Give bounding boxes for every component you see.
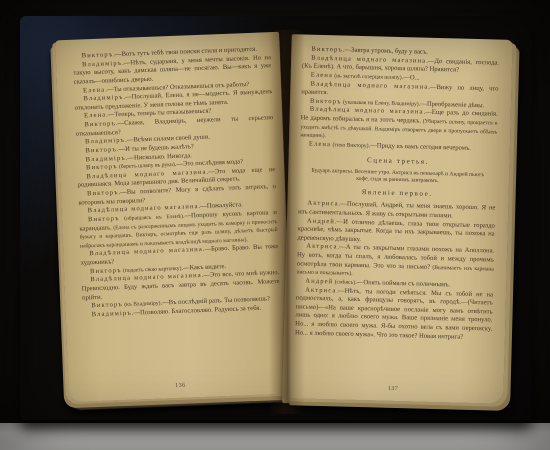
speaker-name: Викторъ xyxy=(82,51,114,59)
speaker-name: Викторъ xyxy=(84,120,116,128)
speaker-name: Владиміръ xyxy=(86,154,126,163)
scene-heading: Сцена третья. xyxy=(299,154,496,168)
scene-heading: Явленіе первое. xyxy=(299,187,496,201)
left-page: Викторъ.—Вотъ тутъ тебѣ твои поиски стил… xyxy=(55,32,293,402)
dialog-line: Актриса.—А ты съ закрытыми глазами похож… xyxy=(296,243,494,283)
speaker-name: Викторъ xyxy=(85,146,117,154)
stage-note: (къ Владиміру) xyxy=(123,301,161,308)
dialog-line: Владѣлица моднаго магазина.—Еще разъ до … xyxy=(300,106,498,146)
speaker-name: Викторъ xyxy=(88,215,120,223)
stage-direction-inline: (Убираетъ шляпу, прощается и уходитъ вмѣ… xyxy=(300,119,498,140)
speaker-name: Актриса xyxy=(305,286,336,294)
speaker-name: Викторъ xyxy=(311,46,343,54)
speaker-name: Викторъ xyxy=(310,97,342,105)
stage-direction-inline: (Вынимаетъ изъ кармана письмо и показыва… xyxy=(296,265,493,278)
speaker-name: Викторъ xyxy=(90,267,122,275)
stage-note: (указывая на Елену, Владиміру) xyxy=(342,99,419,107)
speaker-name: Андрей xyxy=(307,217,335,225)
left-page-text: Викторъ.—Вотъ тутъ тебѣ твои поиски стил… xyxy=(55,32,293,402)
photo-backdrop: Викторъ.—Вотъ тутъ тебѣ твои поиски стил… xyxy=(0,0,550,450)
stage-note: (въ экстазѣ созерцая шляпу) xyxy=(333,73,402,81)
speaker-name: Викторъ xyxy=(87,189,119,197)
stage-note: (смѣясь) xyxy=(333,279,355,286)
speaker-name: Актриса xyxy=(307,200,338,208)
right-page: Викторъ.—Завтра утромъ, буду у васъ.Влад… xyxy=(282,34,512,404)
speaker-name: Владиміръ xyxy=(82,60,122,69)
stage-note: (обращаясь къ Еленѣ) xyxy=(119,214,183,222)
open-book: Викторъ.—Вотъ тутъ тебѣ твои поиски стил… xyxy=(6,6,544,430)
speaker-name: Актриса xyxy=(306,243,337,251)
speaker-name: Викторъ xyxy=(91,301,123,309)
speaker-name: Викторъ xyxy=(86,163,118,171)
dialog-line: Актриса.—Нѣтъ, ты погоди смѣяться. Мы съ… xyxy=(295,286,493,343)
speaker-name: Владиміръ xyxy=(92,309,132,318)
stage-note: (тихо Виктору) xyxy=(331,142,369,149)
stage-direction: Будуаръ актрисы. Весеннее утро. Актриса … xyxy=(299,167,496,187)
speaker-name: Владиміръ xyxy=(83,94,123,103)
right-page-text: Викторъ.—Завтра утромъ, буду у васъ.Влад… xyxy=(282,34,512,404)
speaker-name: Владиміръ xyxy=(85,137,125,146)
speaker-name: Елена xyxy=(309,141,331,149)
speaker-name: Елена xyxy=(311,72,333,80)
speaker-name: Елена xyxy=(83,86,105,94)
speaker-name: Елена xyxy=(84,112,106,120)
speaker-name: Андрей xyxy=(305,278,333,286)
